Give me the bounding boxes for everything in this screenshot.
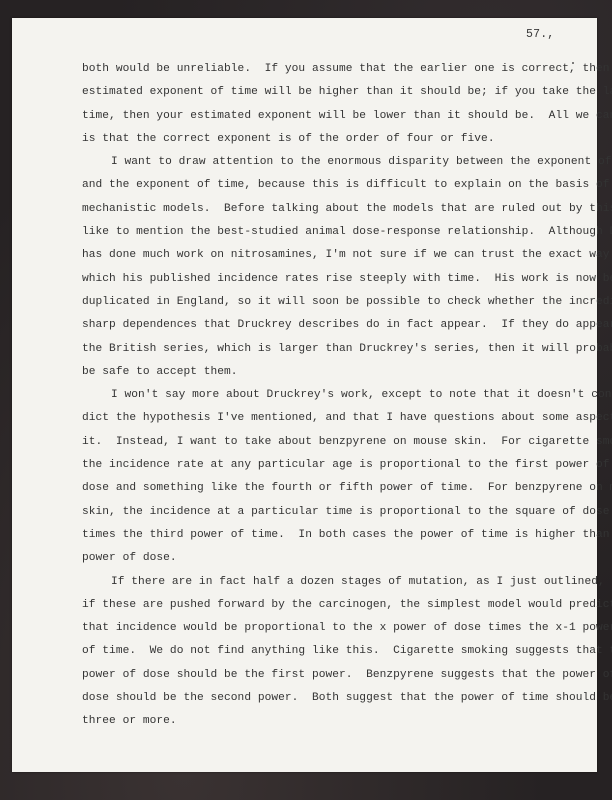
paragraph-1: both would be unreliable. If you assume …: [82, 58, 582, 151]
body-text: both would be unreliable. If you assume …: [82, 58, 582, 734]
text-line: it. Instead, I want to take about benzpy…: [82, 431, 582, 454]
text-line: if these are pushed forward by the carci…: [82, 594, 582, 617]
text-line: be safe to accept them.: [82, 361, 582, 384]
text-line: power of dose.: [82, 547, 582, 570]
text-line: I won't say more about Druckrey's work, …: [82, 384, 582, 407]
text-line: time, then your estimated exponent will …: [82, 105, 582, 128]
paragraph-4: If there are in fact half a dozen stages…: [82, 571, 582, 734]
text-line: times the third power of time. In both c…: [82, 524, 582, 547]
text-line: skin, the incidence at a particular time…: [82, 501, 582, 524]
text-line: the British series, which is larger than…: [82, 338, 582, 361]
text-line: both would be unreliable. If you assume …: [82, 58, 582, 81]
text-line: and the exponent of time, because this i…: [82, 174, 582, 197]
text-line: If there are in fact half a dozen stages…: [82, 571, 582, 594]
text-line: is that the correct exponent is of the o…: [82, 128, 582, 151]
paragraph-3: I won't say more about Druckrey's work, …: [82, 384, 582, 570]
text-line: dict the hypothesis I've mentioned, and …: [82, 407, 582, 430]
text-line: power of dose should be the first power.…: [82, 664, 582, 687]
text-line: like to mention the best-studied animal …: [82, 221, 582, 244]
text-line: dose and something like the fourth or fi…: [82, 477, 582, 500]
text-line: dose should be the second power. Both su…: [82, 687, 582, 710]
text-line: of time. We do not find anything like th…: [82, 640, 582, 663]
paragraph-2: I want to draw attention to the enormous…: [82, 151, 582, 384]
page-number: 57.,: [526, 28, 554, 41]
text-line: which his published incidence rates rise…: [82, 268, 582, 291]
text-line: mechanistic models. Before talking about…: [82, 198, 582, 221]
text-line: the incidence rate at any particular age…: [82, 454, 582, 477]
text-line: sharp dependences that Druckrey describe…: [82, 314, 582, 337]
text-line: that incidence would be proportional to …: [82, 617, 582, 640]
text-line: I want to draw attention to the enormous…: [82, 151, 582, 174]
text-line: three or more.: [82, 710, 582, 733]
text-line: has done much work on nitrosamines, I'm …: [82, 244, 582, 267]
text-line: duplicated in England, so it will soon b…: [82, 291, 582, 314]
document-page: 57., both would be unreliable. If you as…: [12, 18, 597, 772]
text-line: estimated exponent of time will be highe…: [82, 81, 582, 104]
